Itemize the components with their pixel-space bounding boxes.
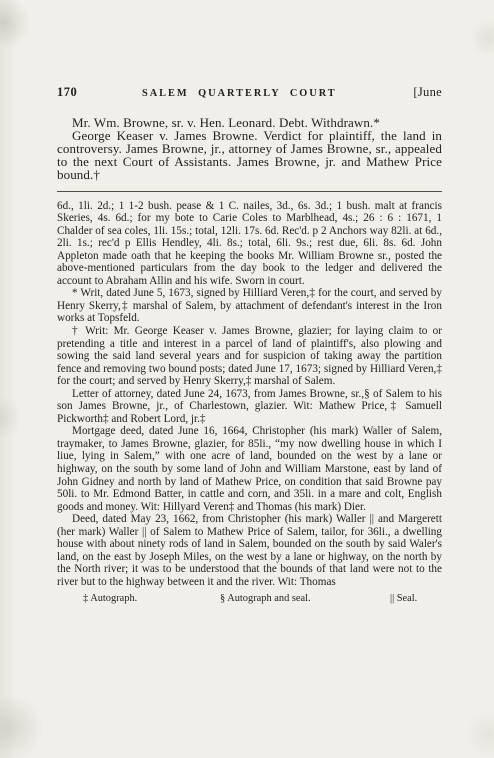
footnote-paragraph: 6d., 1li. 2d.; 1 1-2 bush. pease & 1 C. …: [57, 200, 442, 288]
footnote-key-autograph: ‡ Autograph.: [83, 593, 137, 604]
footnote-separator-rule: [57, 191, 442, 192]
footnotes-block: 6d., 1li. 2d.; 1 1-2 bush. pease & 1 C. …: [57, 200, 442, 589]
footnote-key-autograph-seal: § Autograph and seal.: [220, 593, 311, 604]
footnote-paragraph: Deed, dated May 23, 1662, from Christoph…: [57, 513, 442, 588]
main-text-block: Mr. Wm. Browne, sr. v. Hen. Leonard. Deb…: [57, 117, 442, 182]
footnote-paragraph: Letter of attorney, dated June 24, 1673,…: [57, 388, 442, 426]
footnote-paragraph: Mortgage deed, dated June 16, 1664, Chri…: [57, 425, 442, 513]
footnote-paragraph: † Writ: Mr. George Keaser v. James Brown…: [57, 325, 442, 388]
footnote-key-seal: || Seal.: [390, 593, 417, 604]
body-paragraph: George Keaser v. James Browne. Verdict f…: [57, 130, 442, 182]
footnote-key-line: ‡ Autograph. § Autograph and seal. || Se…: [57, 593, 442, 607]
footnote-paragraph: * Writ, dated June 5, 1673, signed by Hi…: [57, 287, 442, 325]
running-title: SALEM QUARTERLY COURT: [142, 87, 337, 100]
page-header: 170 SALEM QUARTERLY COURT [June: [57, 86, 442, 100]
book-page: 170 SALEM QUARTERLY COURT [June Mr. Wm. …: [57, 86, 442, 607]
header-date-marker: [June: [413, 86, 442, 99]
page-number: 170: [57, 86, 77, 99]
